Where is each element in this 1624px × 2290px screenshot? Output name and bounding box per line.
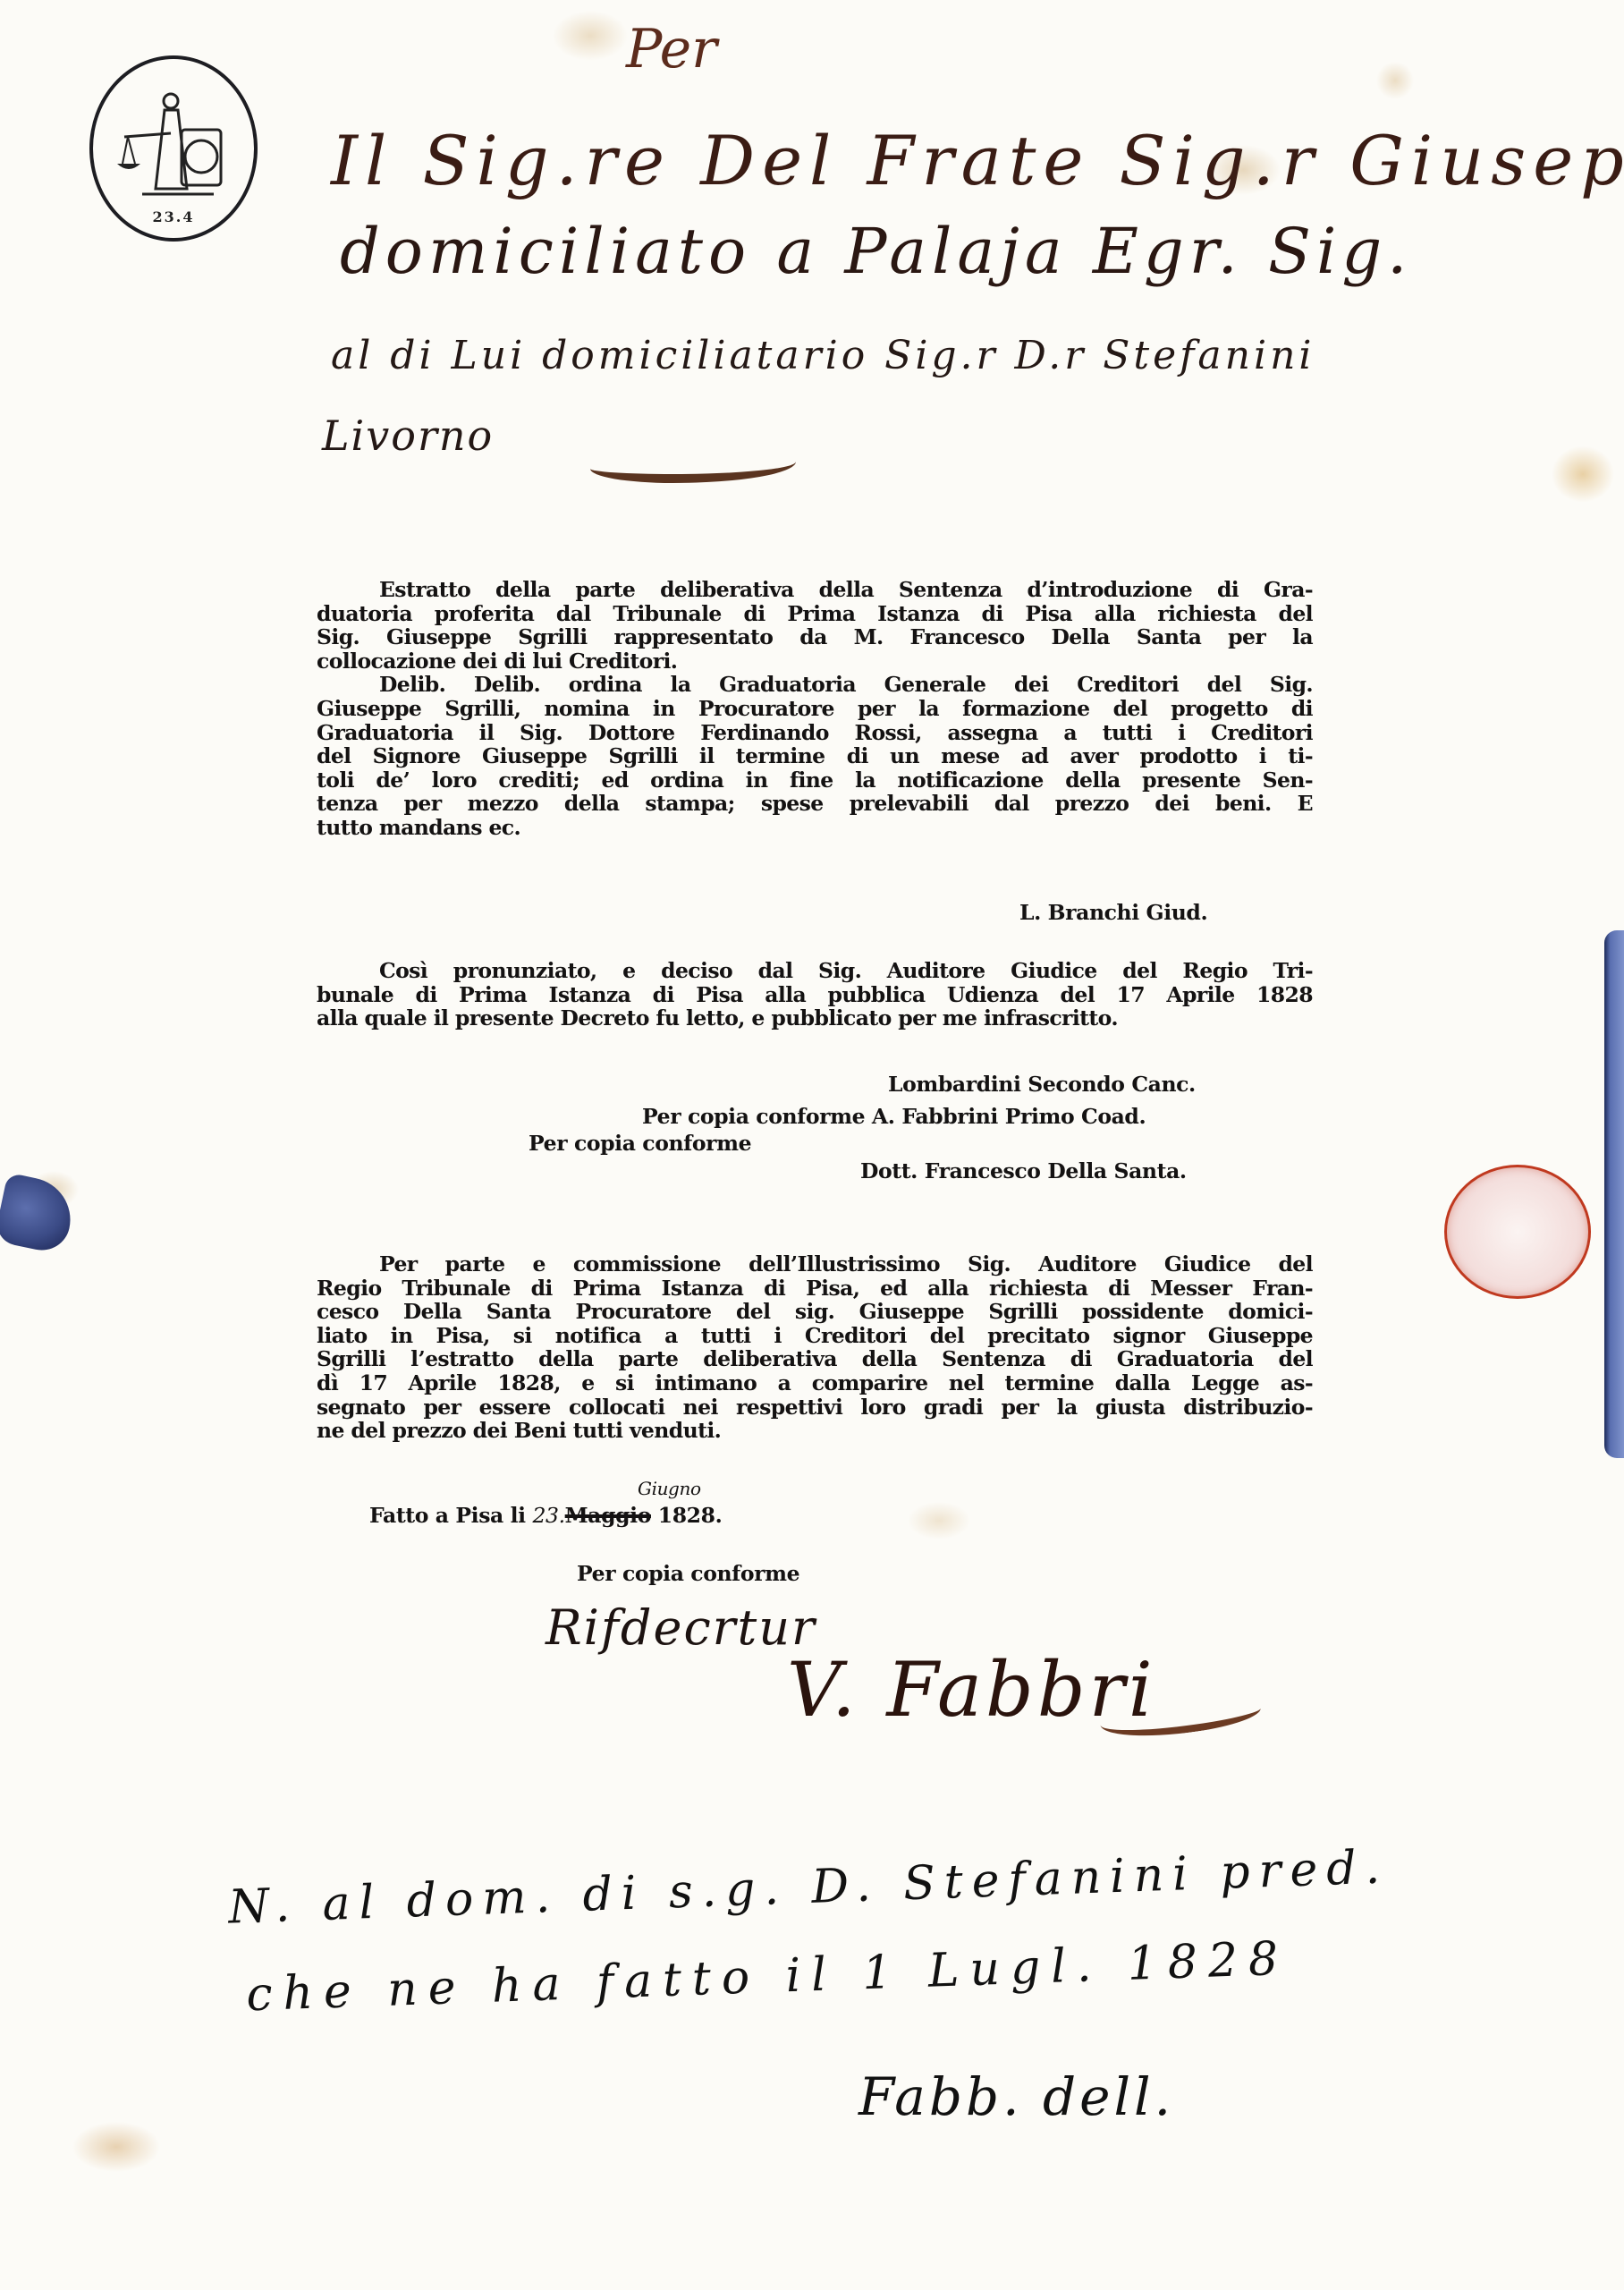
handwritten-domicile: domiciliato a Palaja Egr. Sig. [340, 215, 1412, 288]
text-line: Giuseppe Sgrilli, nomina in Procuratore … [317, 697, 1313, 721]
justice-scales-icon [115, 81, 232, 216]
handwritten-month-correction: Giugno [638, 1478, 701, 1499]
copia-conforme-label: Per copia conforme [529, 1131, 751, 1156]
signature-branchi: L. Branchi Giud. [1019, 900, 1207, 925]
text-line: Regio Tribunale di Prima Istanza di Pisa… [317, 1276, 1313, 1301]
text-line: segnato per essere collocati nei respett… [317, 1395, 1313, 1420]
background-edge [1604, 930, 1624, 1458]
text-line: bunale di Prima Istanza di Pisa alla pub… [317, 983, 1313, 1007]
handwritten-day: 23. [532, 1503, 564, 1528]
text-line: cesco Della Santa Procuratore del sig. G… [317, 1300, 1313, 1324]
handwritten-addressee: Il Sig.re Del Frate Sig.r Giuseppe [331, 121, 1624, 200]
text-line: duatoria proferita dal Tribunale di Prim… [317, 602, 1313, 626]
text-line: Delib. Delib. ordina la Graduatoria Gene… [317, 673, 1313, 697]
text-line: toli de’ loro crediti; ed ordina in fine… [317, 768, 1313, 793]
handwritten-signature-left: Rifdecrtur [546, 1599, 816, 1656]
text-line: Sgrilli l’estratto della parte deliberat… [317, 1347, 1313, 1371]
wax-seal [1444, 1165, 1591, 1299]
signature-fabbrini: Per copia conforme A. Fabbrini Primo Coa… [642, 1104, 1146, 1129]
text-line: tenza per mezzo della stampa; spese prel… [317, 792, 1313, 816]
signature-della-santa: Dott. Francesco Della Santa. [860, 1158, 1187, 1183]
text-line: del Signore Giuseppe Sgrilli il termine … [317, 744, 1313, 768]
text-line: collocazione dei di lui Creditori. [317, 649, 1313, 674]
year: 1828. [651, 1503, 722, 1528]
text-line: Estratto della parte deliberativa della … [317, 578, 1313, 602]
fatto-prefix: Fatto a Pisa li [369, 1503, 532, 1528]
fatto-a-pisa-date: Fatto a Pisa li 23.Maggio 1828. Giugno [369, 1503, 722, 1528]
text-line: Per parte e commissione dell’Illustrissi… [317, 1252, 1313, 1276]
text-line: Sig. Giuseppe Sgrilli rappresentato da M… [317, 625, 1313, 649]
text-line: ne del prezzo dei Beni tutti venduti. [317, 1419, 1313, 1443]
handwritten-city: Livorno [322, 411, 494, 460]
printed-paragraphs-1-2: Estratto della parte deliberativa della … [317, 578, 1313, 840]
text-line: Graduatoria il Sig. Dottore Ferdinando R… [317, 721, 1313, 745]
signature-lombardini: Lombardini Secondo Canc. [888, 1072, 1196, 1097]
struck-month: Maggio [565, 1503, 651, 1528]
handwritten-note-signature: Fabb. dell. [859, 2066, 1174, 2127]
text-line: Così pronunziato, e deciso dal Sig. Audi… [317, 959, 1313, 983]
text-line: liato in Pisa, si notifica a tutti i Cre… [317, 1324, 1313, 1348]
text-line: tutto mandans ec. [317, 816, 1313, 840]
copia-conforme-label-2: Per copia conforme [577, 1561, 799, 1586]
text-line: dì 17 Aprile 1828, e si intimano a compa… [317, 1371, 1313, 1395]
printed-paragraph-4: Per parte e commissione dell’Illustrissi… [317, 1252, 1313, 1443]
text-line: alla quale il presente Decreto fu letto,… [317, 1006, 1313, 1030]
handwritten-domiciliatario: al di Lui domiciliatario Sig.r D.r Stefa… [331, 333, 1315, 378]
tax-stamp: 23.4 [89, 55, 258, 242]
handwritten-per: Per [626, 18, 717, 81]
printed-paragraph-3: Così pronunziato, e deciso dal Sig. Audi… [317, 959, 1313, 1030]
stamp-number: 23.4 [93, 208, 254, 225]
